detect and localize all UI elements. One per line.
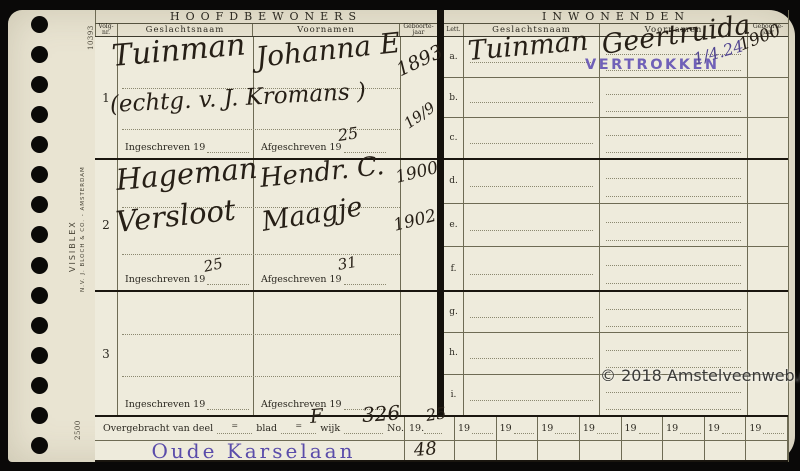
handwritten-house-number: 48 <box>413 440 437 460</box>
printer-name: N.V. J. BLOCH & CO. - AMSTERDAM <box>80 166 86 292</box>
ditto-mark: = <box>217 421 252 430</box>
table-right-border <box>788 10 789 462</box>
binder-hole <box>31 317 48 334</box>
binder-hole <box>31 407 48 424</box>
binder-hole <box>31 347 48 364</box>
year-cell: 19 <box>580 417 622 440</box>
volgnr-cell: 3 <box>95 292 118 415</box>
inwonende-row-d: d. <box>444 160 788 204</box>
year-cell: 19 <box>455 417 497 440</box>
binder-holes <box>31 16 50 454</box>
letter-label: i. <box>444 375 464 415</box>
street-row: Oude Karselaan <box>95 440 788 462</box>
letter-label: h. <box>444 333 464 373</box>
binder-hole <box>31 46 48 63</box>
copyright-watermark: © 2018 Amstelveenweb.com <box>600 366 800 385</box>
ingeschreven-label: Ingeschreven 19 <box>125 142 249 153</box>
binder-hole <box>31 136 48 153</box>
handwritten-number: 326 <box>361 402 400 425</box>
letter-label: f. <box>444 247 464 290</box>
form-number: 10393 <box>87 25 95 50</box>
letter-label: e. <box>444 204 464 247</box>
binder-hole <box>31 257 48 274</box>
handwritten-afgeschreven-year: 31 <box>337 255 358 273</box>
handwritten-year: 25 <box>425 405 447 424</box>
binder-hole <box>31 437 48 454</box>
inwonende-row-c: c. <box>444 118 788 158</box>
binder-hole <box>31 226 48 243</box>
left-section-title: HOOFDBEWONERS <box>95 10 437 24</box>
overgebracht-cell: Overgebracht van deel = blad = wijk No. <box>95 417 405 440</box>
inwonenden-section-3: g. h. i. <box>444 290 788 415</box>
binder-hole <box>31 166 48 183</box>
print-run-number: 2500 <box>74 420 82 440</box>
inwonenden-section-2: d. e. f. <box>444 158 788 290</box>
binder-hole <box>31 287 48 304</box>
binder-hole <box>31 196 48 213</box>
ingeschreven-label: Ingeschreven 19 <box>125 274 249 285</box>
photographed-register-card: 10393 VISIBLEX N.V. J. BLOCH & CO. - AMS… <box>0 0 800 471</box>
year-cell: 19 <box>746 417 788 440</box>
geboortejaar-header: Geboorte- jaar <box>400 24 437 36</box>
lett-header: Lett. <box>444 24 464 36</box>
afgeschreven-label: Afgeschreven 19 <box>261 274 386 285</box>
year-cell: 19 <box>538 417 580 440</box>
volgnr-header: Volg- nr. <box>95 24 118 36</box>
letter-label: b. <box>444 78 464 118</box>
ingeschreven-label: Ingeschreven 19 <box>125 399 249 410</box>
letter-label: g. <box>444 292 464 332</box>
afgeschreven-label: Afgeschreven 19 <box>261 142 386 153</box>
printer-brand: VISIBLEX <box>68 220 77 272</box>
inwonende-row-b: b. <box>444 78 788 119</box>
handwritten-wijk: F <box>309 407 324 427</box>
handwritten-afgeschreven-year: 25 <box>337 125 359 144</box>
street-name-stamp: Oude Karselaan <box>103 439 404 463</box>
binder-hole <box>31 106 48 123</box>
year-cell: 19 <box>663 417 705 440</box>
handwritten-ingeschreven-year: 25 <box>202 256 224 275</box>
inwonende-row-g: g. <box>444 292 788 333</box>
street-cell: Oude Karselaan <box>95 441 405 460</box>
inwonende-row-f: f. <box>444 247 788 290</box>
inwonende-row-e: e. <box>444 204 788 248</box>
year-cell: 19 <box>497 417 539 440</box>
binder-hole <box>31 16 48 33</box>
binder-hole <box>31 76 48 93</box>
volgnr-cell: 2 <box>95 160 118 290</box>
center-divider <box>437 10 444 462</box>
letter-label: a. <box>444 37 464 77</box>
year-cell: 19 <box>622 417 664 440</box>
year-cell: 19 <box>705 417 747 440</box>
population-register-card: 10393 VISIBLEX N.V. J. BLOCH & CO. - AMS… <box>8 10 795 462</box>
hoofdbewoner-row-3: 3 Ingeschreven 19 Afgeschreven 19 <box>95 290 437 415</box>
binder-hole <box>31 377 48 394</box>
letter-label: d. <box>444 160 464 203</box>
letter-label: c. <box>444 118 464 158</box>
